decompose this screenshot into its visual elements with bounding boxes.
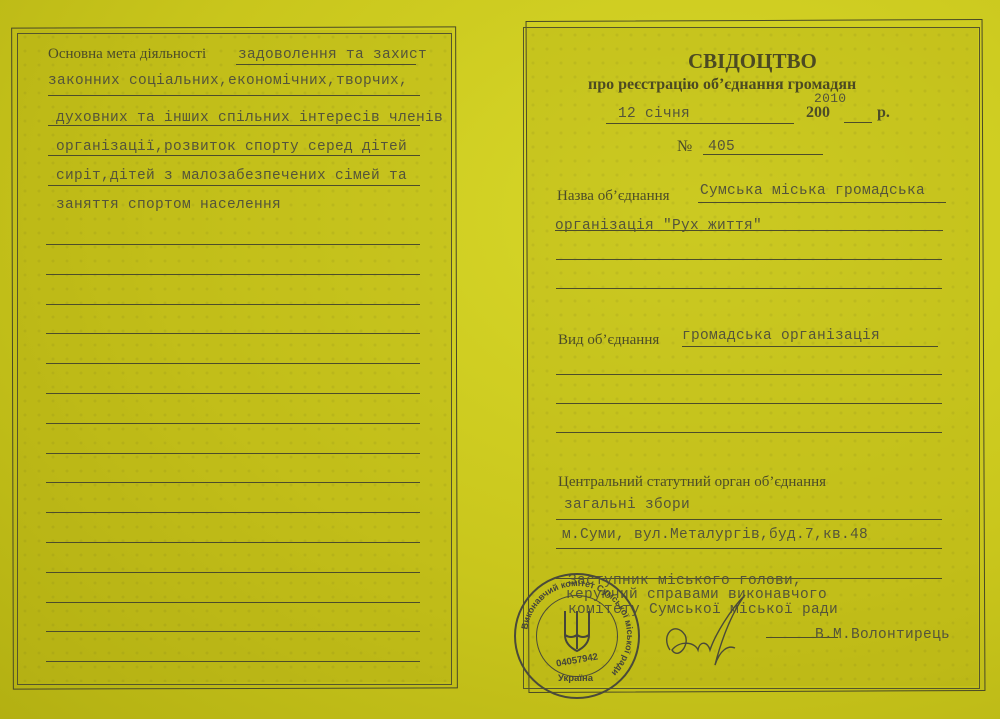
- purpose-line-3: духовних та інших спільних інтересів чле…: [56, 110, 443, 126]
- number-underline: [703, 154, 823, 155]
- purpose-underline-3: [48, 125, 420, 126]
- purpose-underline-2: [48, 95, 420, 96]
- purpose-line-2: законних соціальних,економічних,творчих,: [48, 73, 408, 89]
- name-underline-4: [556, 288, 942, 289]
- trident-icon: [561, 609, 593, 653]
- name-value-line-1: Сумська міська громадська: [700, 183, 925, 199]
- blank-ruled-line: [46, 393, 420, 394]
- official-stamp: Виконавчий комітет Сумської міської ради…: [514, 573, 640, 699]
- blank-ruled-line: [46, 333, 420, 334]
- name-label: Назва об’єднання: [557, 188, 670, 205]
- stamp-country: Україна: [558, 673, 593, 684]
- signatory-name: В.М.Волонтирець: [815, 627, 950, 643]
- purpose-line-1: задоволення та захист: [238, 47, 427, 63]
- year-suffix: р.: [877, 104, 890, 122]
- type-label: Вид об’єднання: [558, 332, 659, 349]
- type-underline: [682, 346, 938, 347]
- blank-ruled-line: [46, 274, 420, 275]
- certificate-title: СВІДОЦТВО: [688, 49, 817, 74]
- purpose-underline-1: [236, 64, 416, 65]
- blank-ruled-line: [46, 304, 420, 305]
- address-value: м.Суми, вул.Металургів,буд.7,кв.48: [562, 527, 868, 543]
- blank-ruled-line: [46, 572, 420, 573]
- blank-ruled-line: [46, 423, 420, 424]
- purpose-label: Основна мета діяльності: [48, 46, 206, 63]
- type-underline-3: [556, 403, 942, 404]
- blank-ruled-line: [46, 542, 420, 543]
- type-underline-4: [556, 432, 942, 433]
- governing-body-value: загальні збори: [564, 497, 690, 513]
- date-underline: [606, 123, 794, 124]
- type-value: громадська організація: [682, 328, 880, 344]
- name-underline-3: [556, 259, 942, 260]
- purpose-underline-5: [48, 185, 420, 186]
- registration-year-prefix: 200: [806, 104, 830, 122]
- purpose-underline-4: [48, 155, 420, 156]
- blank-ruled-line: [46, 453, 420, 454]
- purpose-line-4: організації,розвиток спорту серед дітей: [56, 139, 407, 155]
- purpose-line-6: заняття спортом населення: [56, 197, 281, 213]
- governing-body-underline: [556, 519, 942, 520]
- name-value-line-2: організація "Рух життя": [555, 218, 762, 234]
- registration-day-month: 12 січня: [618, 106, 690, 122]
- blank-ruled-line: [46, 244, 420, 245]
- registration-number: 405: [708, 139, 735, 155]
- name-underline-2: [555, 230, 943, 231]
- name-underline-1: [698, 202, 946, 203]
- blank-ruled-line: [46, 661, 420, 662]
- address-underline: [556, 548, 942, 549]
- purpose-line-5: сиріт,дітей з малозабезпечених сімей та: [56, 168, 407, 184]
- governing-body-label: Центральний статутний орган об’єднання: [558, 474, 826, 491]
- blank-ruled-line: [46, 482, 420, 483]
- blank-ruled-line: [46, 512, 420, 513]
- type-underline-2: [556, 374, 942, 375]
- year-underline: [844, 122, 872, 123]
- signature-icon: [660, 590, 750, 670]
- number-label: №: [677, 138, 692, 156]
- blank-ruled-line: [46, 602, 420, 603]
- blank-ruled-line: [46, 631, 420, 632]
- left-page-frame-inner: [17, 33, 452, 685]
- blank-ruled-line: [46, 363, 420, 364]
